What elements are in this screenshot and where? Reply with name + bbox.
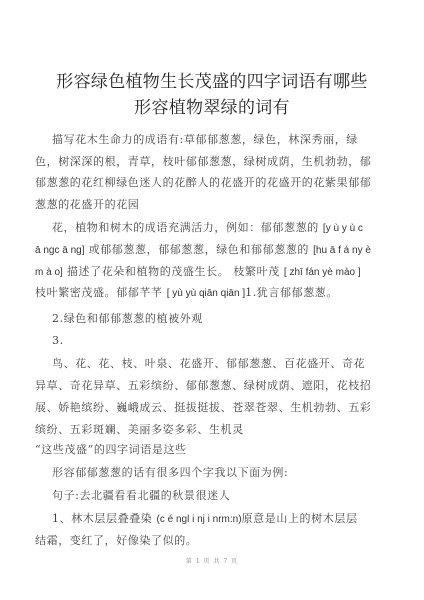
paragraph-line: ā ngc ā ng] 或郁郁葱葱，郁郁葱葱，绿色和郁郁葱葱的 [hu ā f … <box>35 243 371 258</box>
text-segment: 1.犹言郁郁葱葱。 <box>245 286 338 299</box>
page-number-footer: 第 1 页 共 7 页 <box>0 556 424 565</box>
paragraph-line: 色，树深深的根，青草，枝叶郁郁葱葱，绿树成荫，生机勃勃，郁 <box>35 155 371 169</box>
paragraph-line: 郁葱葱的花红柳绿色迷人的花醉人的花盛开的花盛开的花紫果郁郁 <box>35 176 371 190</box>
paragraph-line: 1、林木层层叠叠染 (c é ngl i nj i nrm:n)原意是山上的树木… <box>52 512 358 527</box>
paragraph-line: 鸟、花、花、枝、叶泉、花盛开、郁郁葱葱、百花盛开、奇花 <box>52 357 365 371</box>
document-title-line-1: 形容绿色植物生长茂盛的四字词语有哪些 <box>0 67 424 92</box>
pinyin-annotation: ā ngc ā ng] <box>35 245 84 256</box>
paragraph-line: 句子:去北疆看看北疆的秋景很迷人 <box>52 489 230 503</box>
text-segment: 1、林木层层叠叠染 <box>52 512 152 525</box>
text-segment: 枝叶繁密茂盛。郁郁芊芊 <box>35 286 163 299</box>
paragraph-line: 形容郁郁葱葱的话有很多四个字我以下面为例: <box>52 466 288 480</box>
text-segment: 原意是山上的树木层层 <box>242 512 358 525</box>
pinyin-annotation: (c é ngl i nj i nrm:n) <box>157 514 242 525</box>
text-segment: 或郁郁葱葱，郁郁葱葱，绿色和郁郁葱葱的 <box>89 243 309 256</box>
pinyin-annotation: [hu ā f á ny è <box>313 245 371 256</box>
paragraph-line: 结霜，变红了，好像染了似的。 <box>35 534 197 548</box>
list-item: 2.绿色和郁郁葱葱的植被外观 <box>52 312 203 326</box>
pinyin-annotation: [ zhī fán yè mào ] <box>284 267 361 278</box>
list-item: 3. <box>52 334 64 348</box>
text-segment: 描述了花朵和植物的茂盛生长。 枝繁叶茂 <box>67 265 280 278</box>
text-segment: 花，植物和树木的成语充满活力，例如：郁郁葱葱的 <box>52 221 319 234</box>
pinyin-annotation: [ yù yù qiān qiān ] <box>167 288 245 299</box>
paragraph-line: 葱葱的花盛开的花园 <box>35 198 139 212</box>
pinyin-annotation: m à o] <box>35 267 63 278</box>
document-title-line-2: 形容植物翠绿的词有 <box>0 93 424 118</box>
paragraph-line: 展、娇艳缤纷、巍峨成云、挺拔挺拔、苍翠苍翠、生机勃勃、五彩 <box>35 401 371 415</box>
paragraph-line: 异草、奇花异草、五彩缤纷、郁郁葱葱、绿树成荫、遮阳，花枝招 <box>35 379 371 393</box>
paragraph-line: m à o] 描述了花朵和植物的茂盛生长。 枝繁叶茂 [ zhī fán yè … <box>35 265 361 280</box>
paragraph-line: 描写花木生命力的成语有:草郁郁葱葱，绿色，林深秀丽，绿 <box>52 133 358 147</box>
paragraph-line: 缤纷、五彩斑斓、美丽多姿多彩、生机灵 <box>35 423 244 437</box>
paragraph-line: “这些茂盛”的四字词语是这些 <box>35 443 187 457</box>
paragraph-line: 枝叶繁密茂盛。郁郁芊芊 [ yù yù qiān qiān ]1.犹言郁郁葱葱。 <box>35 286 338 301</box>
paragraph-line: 花，植物和树木的成语充满活力，例如：郁郁葱葱的 [y ù y ù c <box>52 221 363 236</box>
document-page: 形容绿色植物生长茂盛的四字词语有哪些 形容植物翠绿的词有 描写花木生命力的成语有… <box>0 0 424 600</box>
pinyin-annotation: [y ù y ù c <box>323 223 363 234</box>
